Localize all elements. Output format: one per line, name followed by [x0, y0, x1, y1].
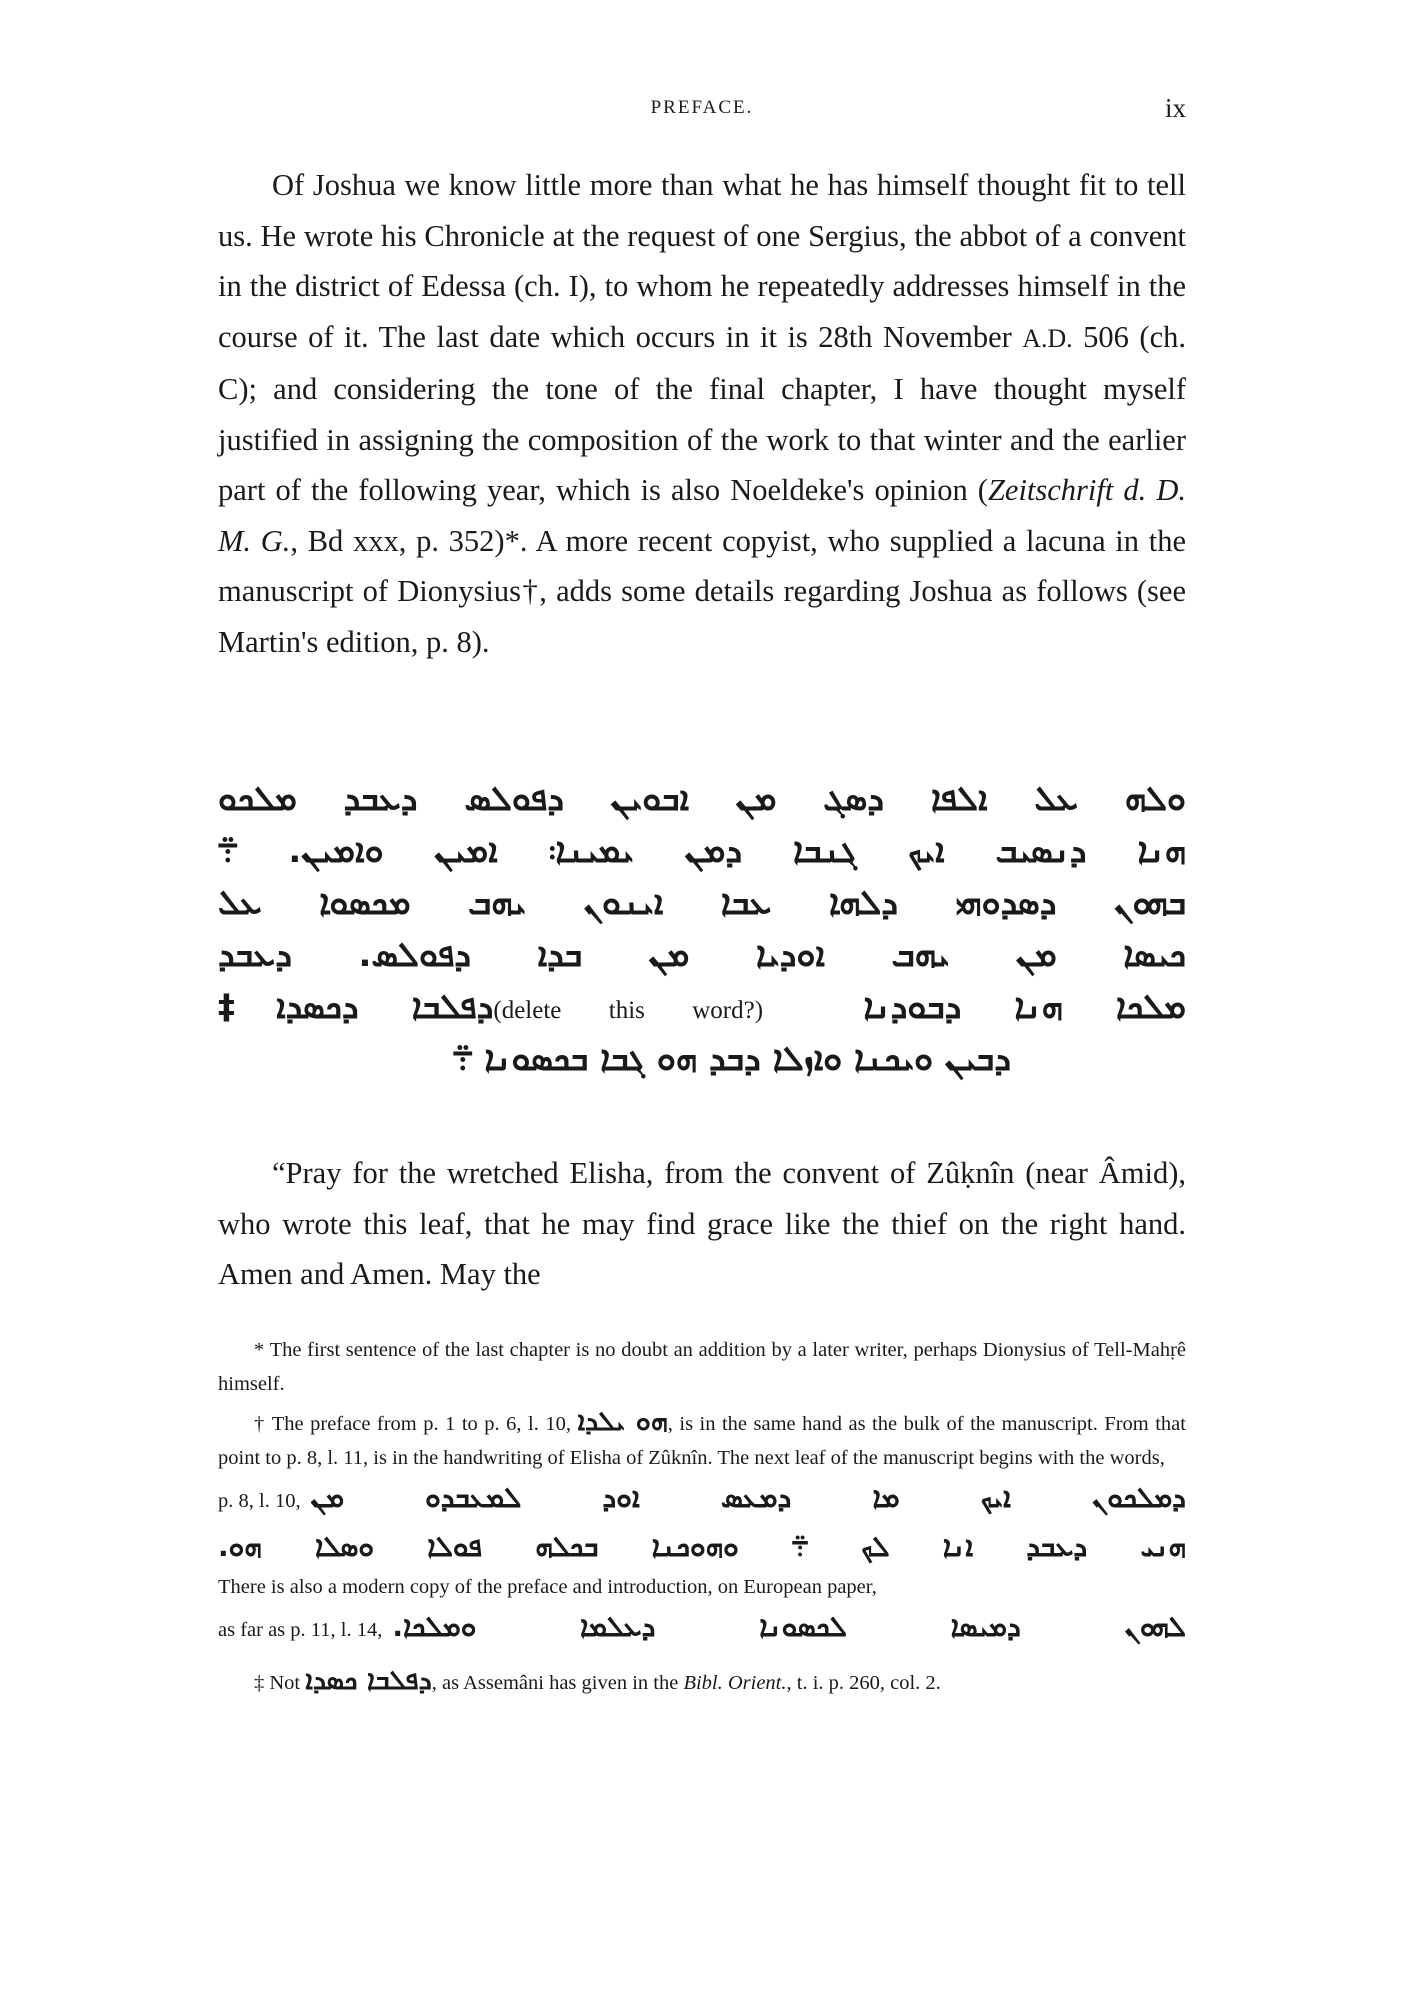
running-title: PREFACE.	[218, 97, 1186, 119]
era-abbrev: A.D.	[1022, 324, 1072, 353]
footnotes: * The first sentence of the last chapter…	[218, 1333, 1186, 1703]
footnote-text: There is also a modern copy of the prefa…	[218, 1576, 877, 1598]
footnote-dagger: † The preface from p. 1 to p. 6, l. 10, …	[218, 1405, 1186, 1475]
paragraph-joshua: Of Joshua we know little more than what …	[218, 160, 1186, 667]
main-text: Of Joshua we know little more than what …	[218, 160, 1186, 667]
footnote-double-dagger: ‡ Not ܕܦܠܒܐ ܟܣܕܐ, as Assemâni has given …	[218, 1661, 1186, 1703]
paragraph-text: , Bd xxx, p. 352)*. A more recent copyis…	[218, 524, 1186, 659]
reference-label: p. 8, l. 10,	[218, 1478, 301, 1524]
reference-label: as far as p. 11, l. 14,	[218, 1607, 382, 1653]
footnote-star: * The first sentence of the last chapter…	[218, 1333, 1186, 1401]
translation-text: “Pray for the wretched Elisha, from the …	[218, 1148, 1186, 1300]
footnote-syriac-line: p. 8, l. 10, ܕܡܠܟܘܢ ܐܝܟ ܡܐ ܕܡܥܣ ܐܘܕ ܠܡܥܒ…	[218, 1475, 1186, 1524]
syriac-inline: ܗܘ ܝܠܕܐ	[577, 1406, 667, 1437]
syriac-inline: ܕܡܠܟܘܢ ܐܝܟ ܡܐ ܕܡܥܣ ܐܘܕ ܠܡܥܒܕܘ ܡܢ	[311, 1475, 1186, 1521]
citation-title: Bibl. Orient.	[683, 1672, 786, 1694]
footnote-marker: *	[254, 1339, 264, 1361]
footnote-text: , as Assemâni has given in the	[432, 1672, 684, 1694]
footnote-marker: ‡	[254, 1672, 264, 1694]
syriac-quotation: ܘܠܗ ܥܠ ܐܠܦܐ ܕܣܓ ܡܢ ܐܒܘܝܢ ܕܦܘܠܣ ܕܥܒܕ ܡܠܟܘ…	[218, 773, 1186, 1085]
syriac-fragment: ܡܠܟܐ ܗܢܐ ܕܒܘܕܢܐ (delete this word?) ܕܦܠܒ…	[218, 987, 1186, 1027]
footnote-syriac-line: ܗܢܝ ܕܥܒܕ ܐܢܐ ܠܟ ܊ ܘܗܘܟܢܐ ܒܟܠܗ ܦܘܠܐ ܘܣܠܐ …	[218, 1524, 1186, 1570]
syriac-line: ܒܗܘܢ ܕܣܕܘܗܝ ܕܠܗܐ ܥܒܐ ܐܝܢܘܢ ܝܗܒ ܡܟܣܘܐ ܥܠ	[218, 877, 1186, 929]
footnote-syriac-line: as far as p. 11, l. 14, ܠܗܘܢ ܕܡܝܣܐ ܠܟܣܘܢ…	[218, 1604, 1186, 1653]
syriac-inline: ܕܦܠܒܐ ܟܣܕܐ	[305, 1665, 432, 1696]
footnote-text: The preface from p. 1 to p. 6, l. 10,	[272, 1413, 578, 1435]
paragraph-translation: “Pray for the wretched Elisha, from the …	[218, 1148, 1186, 1300]
footnote-text: The first sentence of the last chapter i…	[218, 1339, 1186, 1395]
syriac-inline: ܠܗܘܢ ܕܡܝܣܐ ܠܟܣܘܢܐ ܕܥܠܡܐ ܘܡܠܟܐ.	[392, 1604, 1186, 1650]
syriac-line: ܟܝܣܐ ܡܢ ܝܗܒ ܐܘܕܝܐ ܡܢ ܒܕܐ ܕܦܘܠܣ. ܕܥܒܕ	[218, 929, 1186, 981]
syriac-line: ܘܠܗ ܥܠ ܐܠܦܐ ܕܣܓ ܡܢ ܐܒܘܝܢ ܕܦܘܠܣ ܕܥܒܕ ܡܠܟܘ	[218, 773, 1186, 825]
running-head: PREFACE. ix	[218, 93, 1186, 133]
syriac-line: ܗܢܐ ܕܢܣܝܒ ܐܝܟ ܓܢܒܐ ܕܡܢ ܝܡܝܢܐ܃ ܐܡܝܢ ܘܐܡܝܢ…	[218, 825, 1186, 877]
syriac-line-with-note: ܡܠܟܐ ܗܢܐ ܕܒܘܕܢܐ (delete this word?) ܕܦܠܒ…	[218, 981, 1186, 1033]
footnote-marker: †	[254, 1413, 266, 1435]
page-number: ix	[1165, 93, 1186, 124]
footnote-text-line: There is also a modern copy of the prefa…	[218, 1570, 1186, 1604]
syriac-line: ܕܒܝܢ ܘܝܟܢܐ ܘܐܙܠܐ ܕܒܕ ܗܘ ܓܒܐ ܒܟܣܘܢܐ ܊	[218, 1033, 1186, 1085]
footnote-text: Not	[269, 1672, 305, 1694]
inline-note: (delete this word?)	[493, 997, 810, 1024]
footnote-text: , t. i. p. 260, col. 2.	[787, 1672, 941, 1694]
